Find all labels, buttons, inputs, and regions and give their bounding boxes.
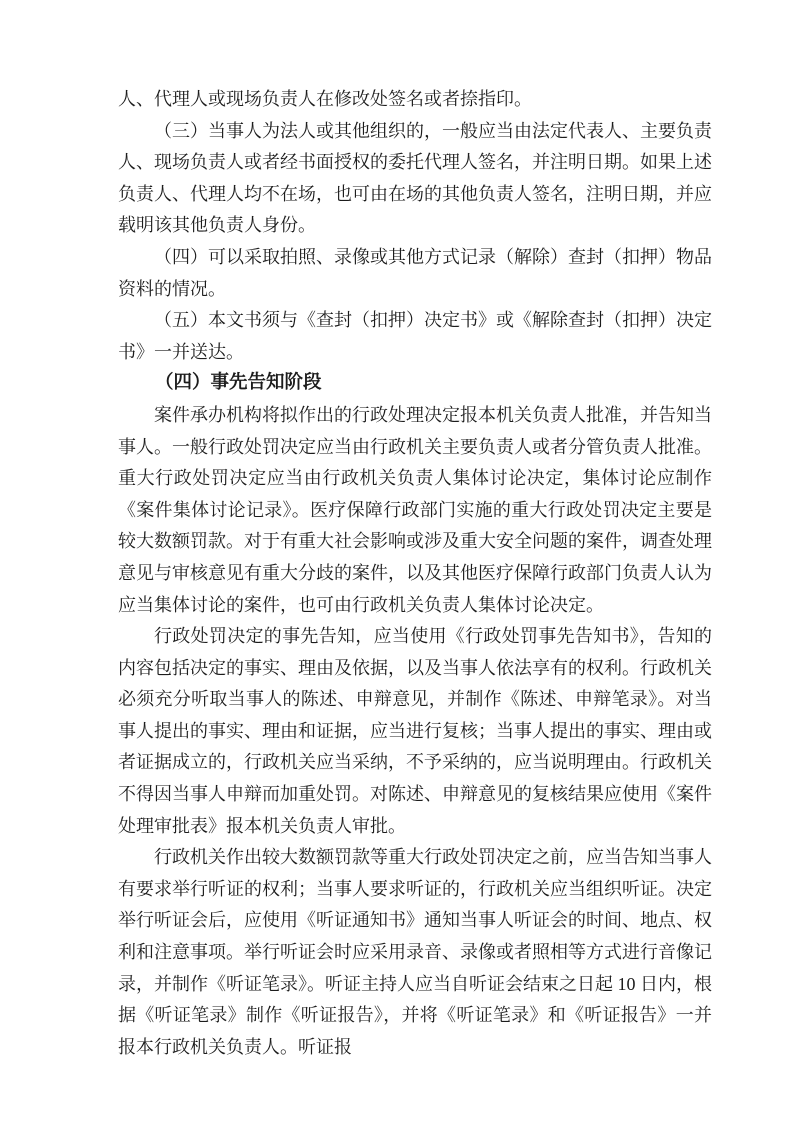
paragraph-item-3: （三）当事人为法人或其他组织的，一般应当由法定代表人、主要负责人、现场负责人或者… [118,116,712,242]
document-text-block: 人、代理人或现场负责人在修改处签名或者捺指印。 （三）当事人为法人或其他组织的，… [118,84,712,1063]
paragraph-hearing-procedure: 行政机关作出较大数额罚款等重大行政处罚决定之前，应当告知当事人有要求举行听证的权… [118,842,712,1063]
paragraph-item-5: （五）本文书须与《查封（扣押）决定书》或《解除查封（扣押）决定书》一并送达。 [118,305,712,368]
paragraph-item-4: （四）可以采取拍照、录像或其他方式记录（解除）查封（扣押）物品资料的情况。 [118,242,712,305]
paragraph-continuation: 人、代理人或现场负责人在修改处签名或者捺指印。 [118,84,712,116]
section-heading-prior-notice-stage: （四）事先告知阶段 [118,368,712,400]
paragraph-approval-process: 案件承办机构将拟作出的行政处理决定报本机关负责人批准，并告知当事人。一般行政处罚… [118,400,712,621]
document-page: 人、代理人或现场负责人在修改处签名或者捺指印。 （三）当事人为法人或其他组织的，… [0,0,793,1122]
paragraph-prior-notice-content: 行政处罚决定的事先告知，应当使用《行政处罚事先告知书》，告知的内容包括决定的事实… [118,621,712,842]
